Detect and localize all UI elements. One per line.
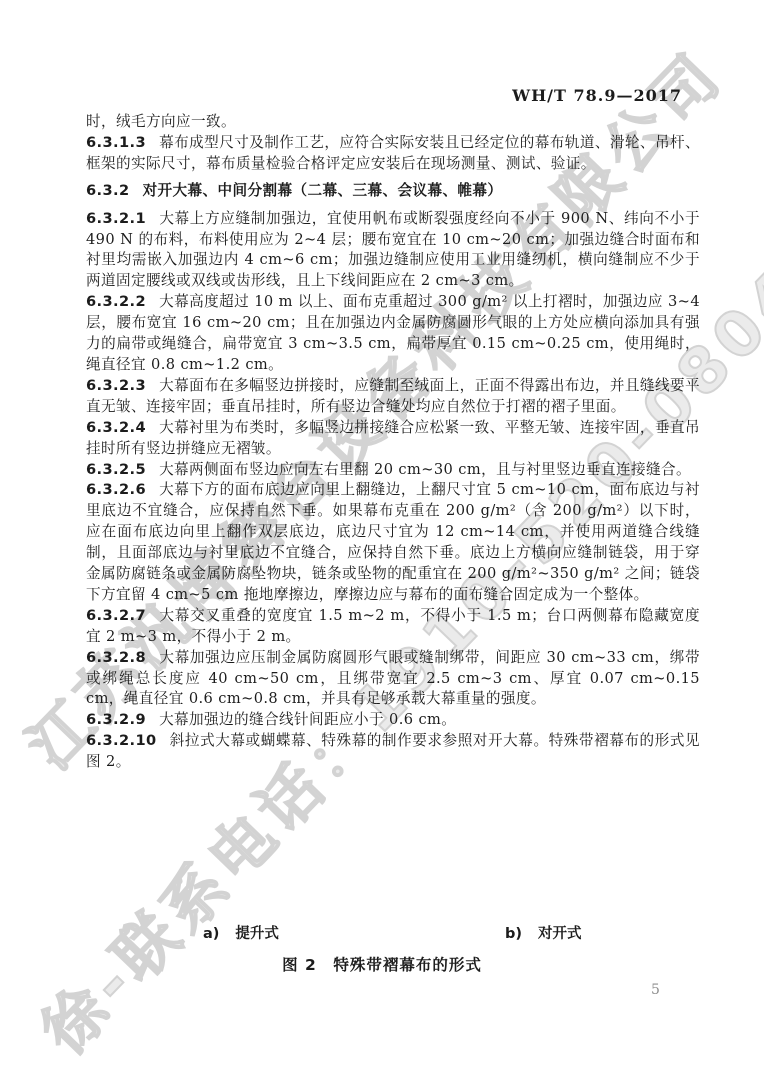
clause-6.3.2.2: 6.3.2.2大幕高度超过 10 m 以上、面布克重超过 300 g/m² 以上…	[86, 292, 700, 376]
clause-number: 6.3.2.9	[86, 711, 146, 728]
clause-text: 大幕加强边的缝合线针间距应小于 0.6 cm。	[159, 711, 456, 728]
clause-text: 对开大幕、中间分割幕（二幕、三幕、会议幕、帷幕）	[143, 182, 503, 199]
clause-number: 6.3.2.8	[86, 649, 146, 666]
clause-number: 6.3.2.4	[86, 419, 146, 436]
clause-6.3.2.4: 6.3.2.4大幕衬里为布类时，多幅竖边拼接缝合应松紧一致、平整无皱、连接牢固，…	[86, 418, 700, 460]
clause-text: 大幕交叉重叠的宽度宜 1.5 m~2 m，不得小于 1.5 m；台口两侧幕布隐藏…	[86, 607, 700, 645]
clause-text: 大幕下方的面布底边应向里上翻缝边，上翻尺寸宜 5 cm~10 cm，面布底边与衬…	[86, 481, 700, 603]
clause-6.3.2.8: 6.3.2.8大幕加强边应压制金属防腐圆形气眼或缝制绑带，间距应 30 cm~3…	[86, 648, 700, 711]
clause-6.3.2: 6.3.2对开大幕、中间分割幕（二幕、三幕、会议幕、帷幕）	[86, 181, 700, 202]
figure-label-a: a)提升式	[203, 922, 279, 943]
clause-number: 6.3.2.3	[86, 377, 146, 394]
clause-text: 幕布成型尺寸及制作工艺，应符合实际安装且已经定位的幕布轨道、滑轮、吊杆、框架的实…	[86, 134, 700, 172]
figure-label-b-id: b)	[505, 926, 522, 942]
clause-text: 大幕高度超过 10 m 以上、面布克重超过 300 g/m² 以上打褶时，加强边…	[86, 293, 700, 373]
clause-list: 时，绒毛方向应一致。6.3.1.3幕布成型尺寸及制作工艺，应符合实际安装且已经定…	[86, 112, 700, 773]
clause-6.3.2.3: 6.3.2.3大幕面布在多幅竖边拼接时，应缝制至绒面上，正面不得露出布边，并且缝…	[86, 376, 700, 418]
clause-number: 6.3.1.3	[86, 134, 146, 151]
clause-6.3.2.7: 6.3.2.7大幕交叉重叠的宽度宜 1.5 m~2 m，不得小于 1.5 m；台…	[86, 606, 700, 648]
clause-number: 6.3.2.7	[86, 607, 146, 624]
document-page: 江苏汎博舞台设备科技有限公司 徐-联系电话：1910-520-0804 WH/T…	[0, 0, 764, 1080]
figure-label-b: b)对开式	[505, 922, 582, 943]
clause-number: 6.3.2.1	[86, 210, 146, 227]
figure-label-a-text: 提升式	[235, 926, 279, 942]
clause-text: 大幕加强边应压制金属防腐圆形气眼或缝制绑带，间距应 30 cm~33 cm，绑带…	[86, 649, 700, 708]
standard-number-header: WH/T 78.9—2017	[512, 86, 682, 105]
figure-label-b-text: 对开式	[538, 926, 582, 942]
clause-text: 时，绒毛方向应一致。	[86, 113, 236, 130]
clause-number: 6.3.2.2	[86, 293, 146, 310]
clause-6.3.1.3: 6.3.1.3幕布成型尺寸及制作工艺，应符合实际安装且已经定位的幕布轨道、滑轮、…	[86, 133, 700, 175]
clause-number: 6.3.2.6	[86, 481, 146, 498]
clause-number: 6.3.2	[86, 182, 130, 199]
figure-label-a-id: a)	[203, 926, 219, 942]
figure-caption: 图 2 特殊带褶幕布的形式	[0, 953, 764, 975]
clause-6.3.2.6: 6.3.2.6大幕下方的面布底边应向里上翻缝边，上翻尺寸宜 5 cm~10 cm…	[86, 480, 700, 605]
clause-6.3.2.9: 6.3.2.9大幕加强边的缝合线针间距应小于 0.6 cm。	[86, 710, 700, 731]
clause-text: 大幕面布在多幅竖边拼接时，应缝制至绒面上，正面不得露出布边，并且缝线要平直无皱、…	[86, 377, 700, 415]
page-number: 5	[651, 982, 660, 998]
clause-text: 大幕两侧面布竖边应向左右里翻 20 cm~30 cm，且与衬里竖边垂直连接缝合。	[159, 461, 691, 478]
clause-number: 6.3.2.5	[86, 461, 146, 478]
clause-6.3.2.5: 6.3.2.5大幕两侧面布竖边应向左右里翻 20 cm~30 cm，且与衬里竖边…	[86, 460, 700, 481]
clause-text: 大幕衬里为布类时，多幅竖边拼接缝合应松紧一致、平整无皱、连接牢固，垂直吊挂时所有…	[86, 419, 700, 457]
clause-text: 大幕上方应缝制加强边，宜使用帆布或断裂强度经向不小于 900 N、纬向不小于 4…	[86, 210, 700, 290]
figure-area	[86, 740, 700, 910]
clause-6.3.2.1: 6.3.2.1大幕上方应缝制加强边，宜使用帆布或断裂强度经向不小于 900 N、…	[86, 209, 700, 293]
clause-continuation: 时，绒毛方向应一致。	[86, 112, 700, 133]
